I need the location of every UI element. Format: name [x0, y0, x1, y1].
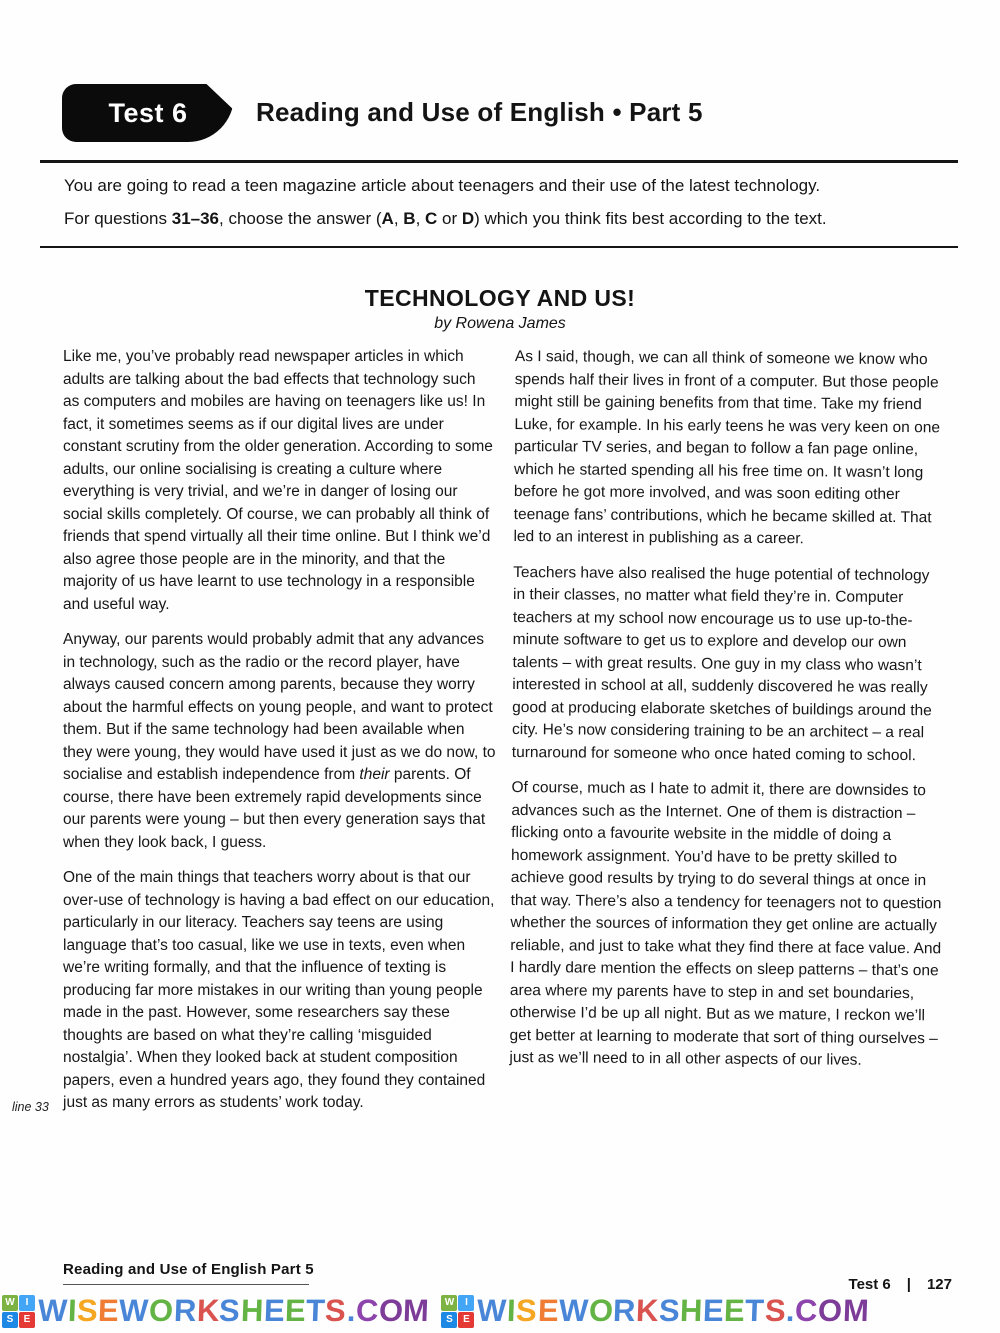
watermark-text: WISEWORKSHEETS.COM [477, 1293, 868, 1329]
line-number-note: line 33 [12, 1100, 49, 1114]
instructions-line-2: For questions 31–36, choose the answer (… [64, 209, 944, 229]
watermark-strip: WISE WISEWORKSHEETS.COM WISE WISEWORKSHE… [2, 1290, 1000, 1332]
watermark: WISE WISEWORKSHEETS.COM [441, 1293, 868, 1329]
test-number-tab: Test 6 [62, 84, 234, 142]
page-title: Reading and Use of English • Part 5 [256, 97, 703, 128]
test-number-label: Test 6 [108, 98, 187, 129]
watermark-text: WISEWORKSHEETS.COM [38, 1293, 429, 1329]
wiseworksheets-logo-icon: WISE [2, 1295, 35, 1328]
article-column-left: Like me, you’ve probably read newspaper … [63, 346, 496, 1128]
paragraph: One of the main things that teachers wor… [63, 867, 496, 1115]
worksheet-page: Test 6 Reading and Use of English • Part… [0, 0, 1000, 1333]
watermark: WISE WISEWORKSHEETS.COM [2, 1293, 429, 1329]
footer-section-label: Reading and Use of English Part 5 [63, 1261, 314, 1278]
paragraph: Teachers have also realised the huge pot… [512, 561, 946, 767]
article-byline: by Rowena James [0, 315, 1000, 333]
article-title: TECHNOLOGY AND US! [0, 285, 1000, 312]
divider-instructions [40, 246, 958, 248]
divider-top [40, 160, 958, 163]
article-column-right: As I said, though, we can all think of s… [509, 346, 947, 1086]
paragraph: Anyway, our parents would probably admit… [63, 629, 496, 854]
instructions-line-1: You are going to read a teen magazine ar… [64, 176, 944, 196]
paragraph: Of course, much as I hate to admit it, t… [509, 777, 943, 1073]
wiseworksheets-logo-icon: WISE [441, 1295, 474, 1328]
paragraph: As I said, though, we can all think of s… [513, 346, 947, 552]
paragraph: Like me, you’ve probably read newspaper … [63, 346, 496, 616]
footer-divider [63, 1284, 309, 1285]
